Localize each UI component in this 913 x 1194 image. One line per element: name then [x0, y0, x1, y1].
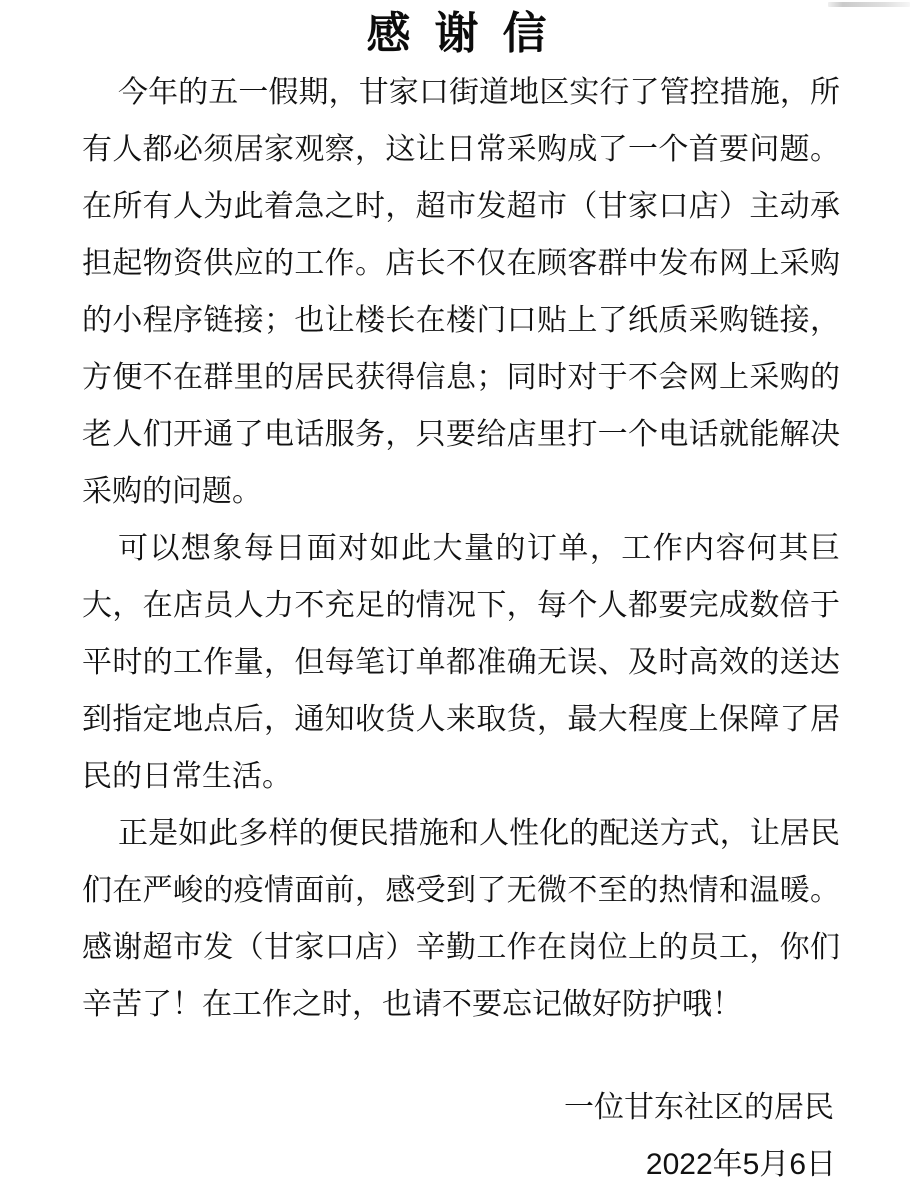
body-line: 民的日常生活。: [82, 748, 840, 805]
body-line: 可以想象每日面对如此大量的订单，工作内容何其巨: [82, 520, 840, 577]
scan-artifact: [828, 2, 910, 7]
letter-closing: 一位甘东社区的居民 2022年5月6日: [82, 1079, 840, 1193]
thank-you-letter-page: 感谢信 今年的五一假期，甘家口街道地区实行了管控措施，所 有人都必须居家观察，这…: [0, 0, 913, 1194]
body-line: 在所有人为此着急之时，超市发超市（甘家口店）主动承: [82, 178, 840, 235]
body-line: 担起物资供应的工作。店长不仅在顾客群中发布网上采购: [82, 235, 840, 292]
body-line: 大，在店员人力不充足的情况下，每个人都要完成数倍于: [82, 577, 840, 634]
body-line: 采购的问题。: [82, 463, 840, 520]
body-line: 辛苦了！在工作之时，也请不要忘记做好防护哦！: [82, 976, 840, 1033]
body-line: 的小程序链接；也让楼长在楼门口贴上了纸质采购链接，: [82, 292, 840, 349]
body-line: 方便不在群里的居民获得信息；同时对于不会网上采购的: [82, 349, 840, 406]
body-line: 老人们开通了电话服务，只要给店里打一个电话就能解决: [82, 406, 840, 463]
body-line: 正是如此多样的便民措施和人性化的配送方式，让居民: [82, 805, 840, 862]
body-line: 感谢超市发（甘家口店）辛勤工作在岗位上的员工，你们: [82, 919, 840, 976]
date-line: 2022年5月6日: [82, 1136, 840, 1193]
body-line: 有人都必须居家观察，这让日常采购成了一个首要问题。: [82, 121, 840, 178]
body-line: 平时的工作量，但每笔订单都准确无误、及时高效的送达: [82, 634, 840, 691]
body-line: 今年的五一假期，甘家口街道地区实行了管控措施，所: [82, 64, 840, 121]
signature-line: 一位甘东社区的居民: [82, 1079, 840, 1136]
body-line: 到指定地点后，通知收货人来取货，最大程度上保障了居: [82, 691, 840, 748]
letter-title: 感谢信: [0, 0, 913, 60]
body-line: 们在严峻的疫情面前，感受到了无微不至的热情和温暖。: [82, 862, 840, 919]
letter-body: 今年的五一假期，甘家口街道地区实行了管控措施，所 有人都必须居家观察，这让日常采…: [82, 64, 840, 1033]
